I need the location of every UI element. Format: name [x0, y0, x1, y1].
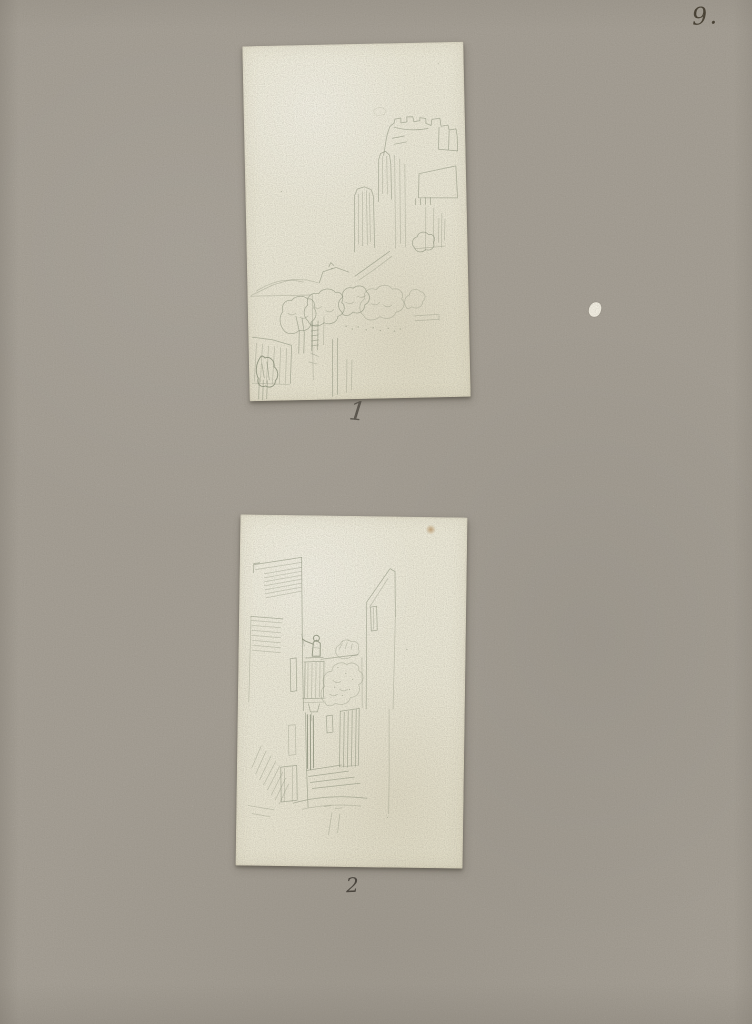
balcony-figure — [301, 634, 320, 656]
alley-far-wall-and-gate — [320, 654, 363, 767]
sketch-1-castle-ruin-drawing — [242, 42, 470, 402]
mounted-sketch-2 — [236, 514, 468, 868]
white-paper-speck — [587, 301, 602, 318]
mounted-sketch-1 — [242, 42, 470, 402]
sketch-1-label: 1 — [348, 398, 367, 426]
page-number-annotation: 9. — [691, 3, 719, 28]
right-building — [364, 568, 396, 813]
sketch-2-alley-drawing — [236, 514, 468, 868]
sketch-2-label: 2 — [346, 875, 359, 895]
hills-and-garden — [246, 63, 446, 400]
street-ground — [293, 764, 368, 835]
corner-shadow — [307, 715, 315, 770]
blue-smudge — [374, 107, 386, 115]
castle-ruin — [316, 106, 461, 283]
left-building — [247, 557, 311, 818]
album-board: 1 — [0, 0, 752, 1024]
foliage-dots — [278, 63, 445, 335]
